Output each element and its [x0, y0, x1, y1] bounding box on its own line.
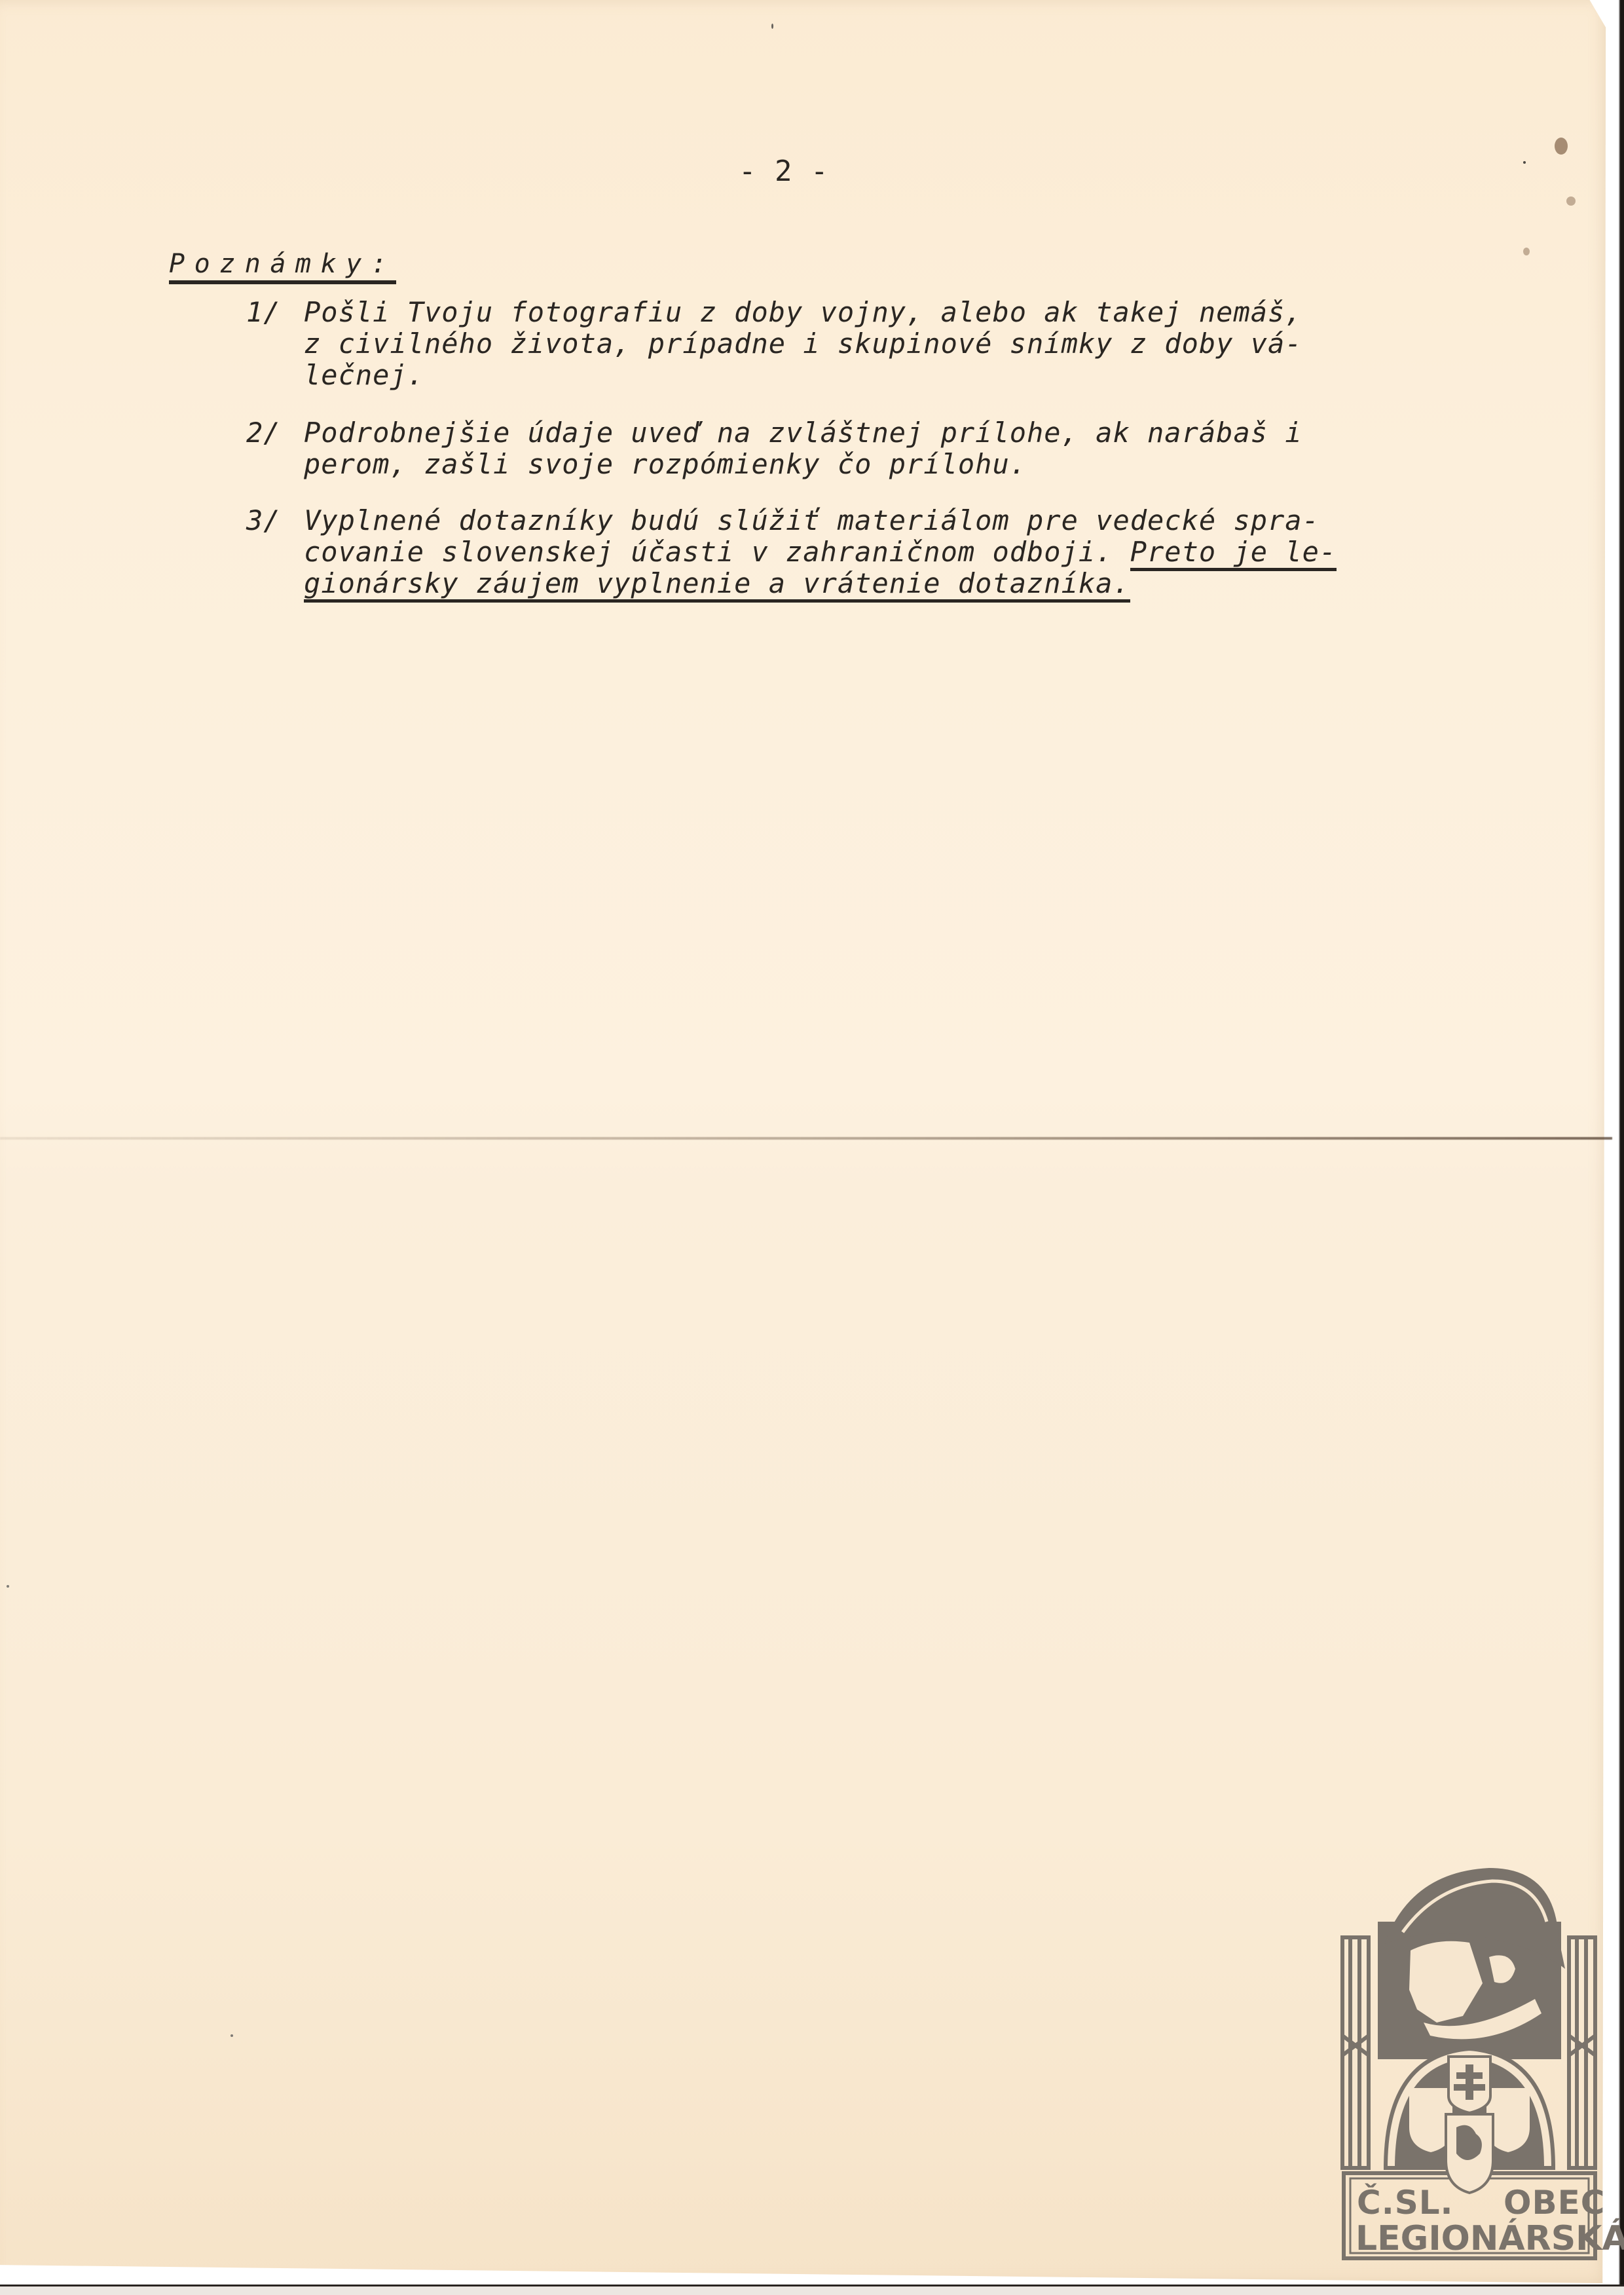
ink-dot	[771, 24, 773, 29]
note-line: Vyplnené dotazníky budú slúžiť materiálo…	[304, 504, 1319, 536]
note-line: lečnej.	[304, 359, 424, 391]
logo-text: OBEC	[1504, 2184, 1605, 2222]
page-number: - 2 -	[739, 155, 828, 188]
stain-spot	[1555, 138, 1568, 155]
emphasis-text: Preto je le-	[1130, 536, 1337, 571]
ink-dot	[7, 1585, 9, 1588]
note-line-text: covanie slovenskej účasti v zahraničnom …	[304, 536, 1130, 568]
note-number: 2/	[246, 417, 281, 449]
notes-heading: Poznámky:	[169, 249, 396, 284]
note-line: perom, zašli svoje rozpómienky čo príloh…	[304, 448, 1027, 480]
note-number: 3/	[246, 504, 281, 536]
scan-right-edge	[1615, 0, 1624, 2295]
stain-spot	[1523, 248, 1530, 255]
note-number: 1/	[246, 296, 281, 328]
note-line: z civilného života, prípadne i skupinové…	[304, 327, 1302, 360]
logo-text: Č.SL.	[1357, 2184, 1454, 2222]
legionnaire-logo: Č.SL. OBEC LEGIONÁRSKÁ	[1338, 1859, 1600, 2264]
note-line: Pošli Tvoju fotografiu z doby vojny, ale…	[304, 296, 1302, 328]
note-line: Podrobnejšie údaje uveď na zvláštnej prí…	[304, 417, 1302, 449]
ink-dot	[231, 2034, 233, 2037]
emphasis-text: gionársky záujem vyplnenie a vrátenie do…	[304, 567, 1130, 603]
ink-dot	[1523, 161, 1526, 164]
logo-text: LEGIONÁRSKÁ	[1356, 2219, 1624, 2258]
stain-spot	[1566, 196, 1576, 206]
scan-bottom-edge	[0, 2285, 1624, 2295]
note-line: covanie slovenskej účasti v zahraničnom …	[304, 536, 1337, 568]
fold-crease	[0, 1137, 1612, 1140]
